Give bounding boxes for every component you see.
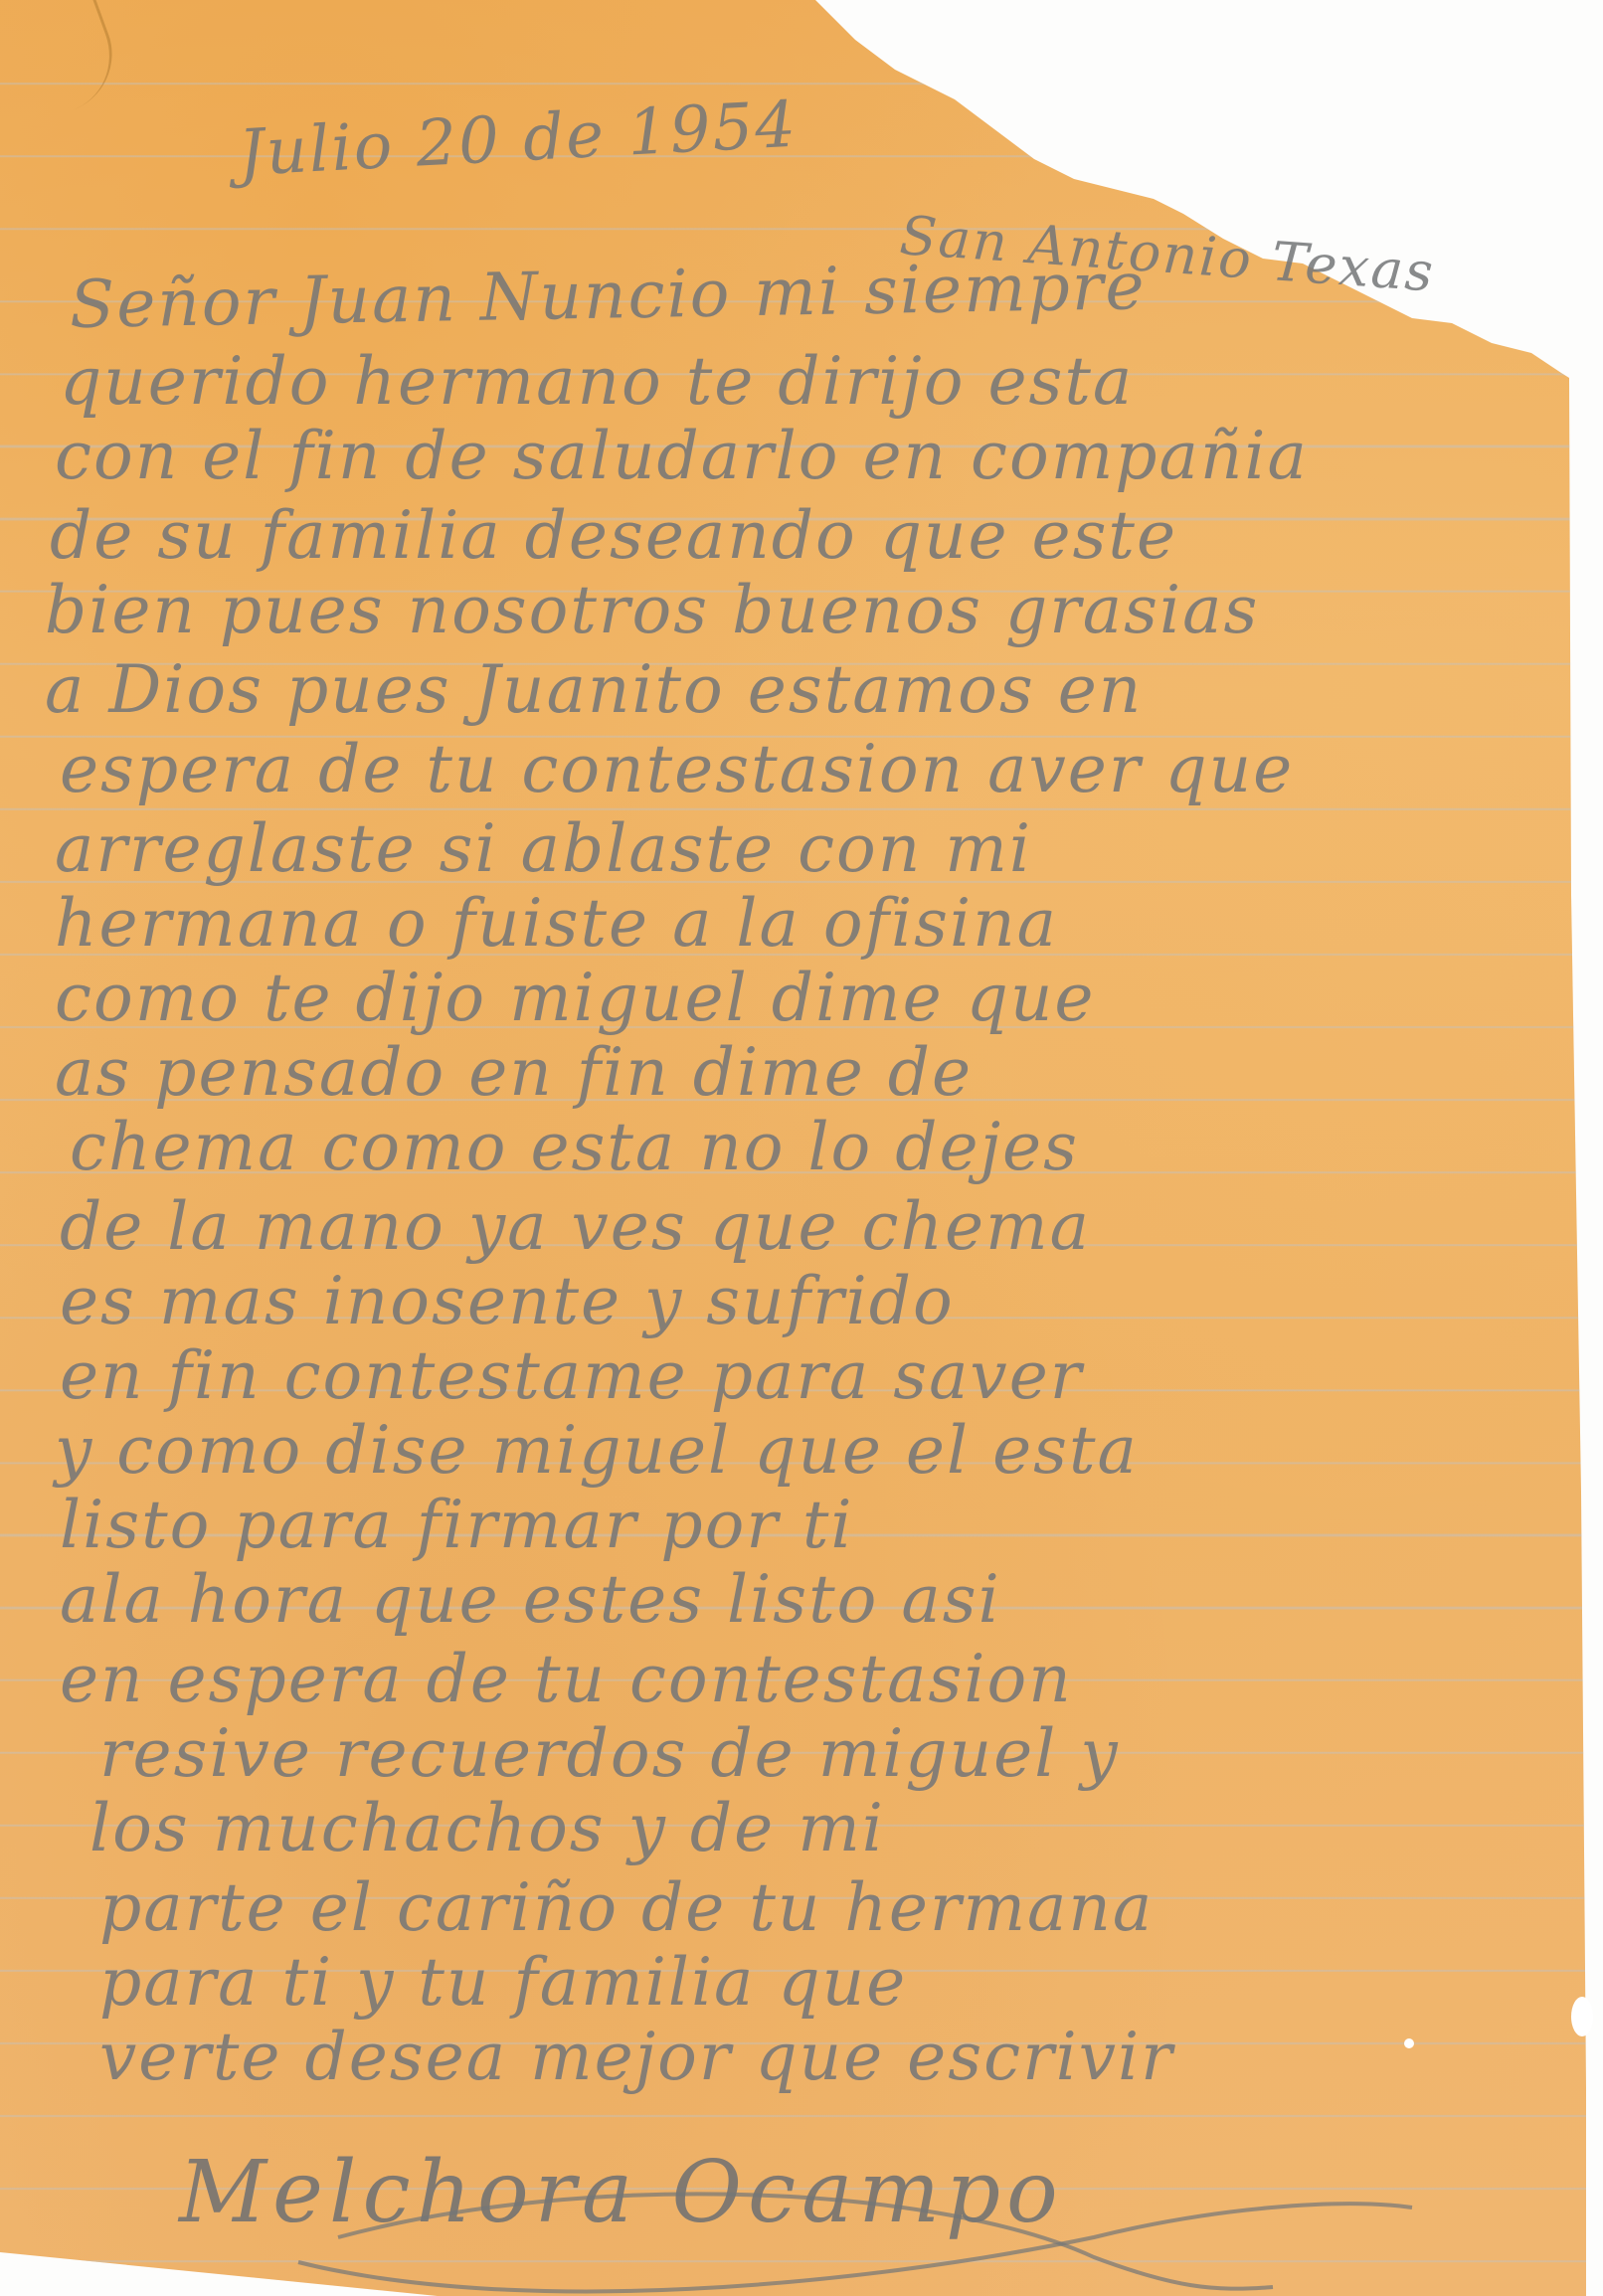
letter-line: arreglaste si ablaste con mi: [55, 810, 1032, 887]
letter-line: resive recuerdos de miguel y: [99, 1715, 1120, 1792]
letter-line: de su familia deseando que este: [50, 497, 1177, 574]
letter-line: chema como esta no lo dejes: [70, 1109, 1079, 1185]
letter-line: parte el cariño de tu hermana: [99, 1869, 1154, 1946]
letter-line: a Dios pues Juanito estamos en: [45, 651, 1143, 728]
letter-line: bien pues nosotros buenos grasias: [45, 572, 1259, 648]
letter-line: los muchachos y de mi: [89, 1790, 885, 1866]
letter-line: espera de tu contestasion aver que: [60, 731, 1294, 807]
letter-line: en fin contestame para saver: [60, 1337, 1083, 1414]
letter-line: ala hora que estes listo asi: [60, 1561, 1001, 1638]
letter-line: para ti y tu familia que: [99, 1944, 907, 2021]
letter-line: es mas inosente y sufrido: [60, 1263, 955, 1339]
letter-line: hermana o fuiste a la ofisina: [55, 885, 1058, 962]
signature-flourish: [99, 2168, 1492, 2296]
letter-date: Julio 20 de 1954: [237, 88, 800, 191]
letter-line: Señor Juan Nuncio mi siempre: [69, 248, 1147, 343]
letter-line: verte desea mejor que escrivir: [99, 2019, 1174, 2095]
letter-content: Julio 20 de 1954 San Antonio Texas Señor…: [0, 0, 1581, 2296]
letter-line: de la mano ya ves que chema: [60, 1188, 1091, 1265]
letter-line: con el fin de saludarlo en compañia: [55, 418, 1309, 494]
letter-line: como te dijo miguel dime que: [55, 960, 1095, 1036]
letter-line: en espera de tu contestasion: [60, 1641, 1073, 1717]
letter-line: querido hermano te dirijo esta: [60, 343, 1134, 420]
letter-line: listo para firmar por ti: [60, 1487, 854, 1563]
letter-line: as pensado en fin dime de: [55, 1034, 973, 1111]
letter-line: y como dise miguel que el esta: [55, 1412, 1139, 1489]
